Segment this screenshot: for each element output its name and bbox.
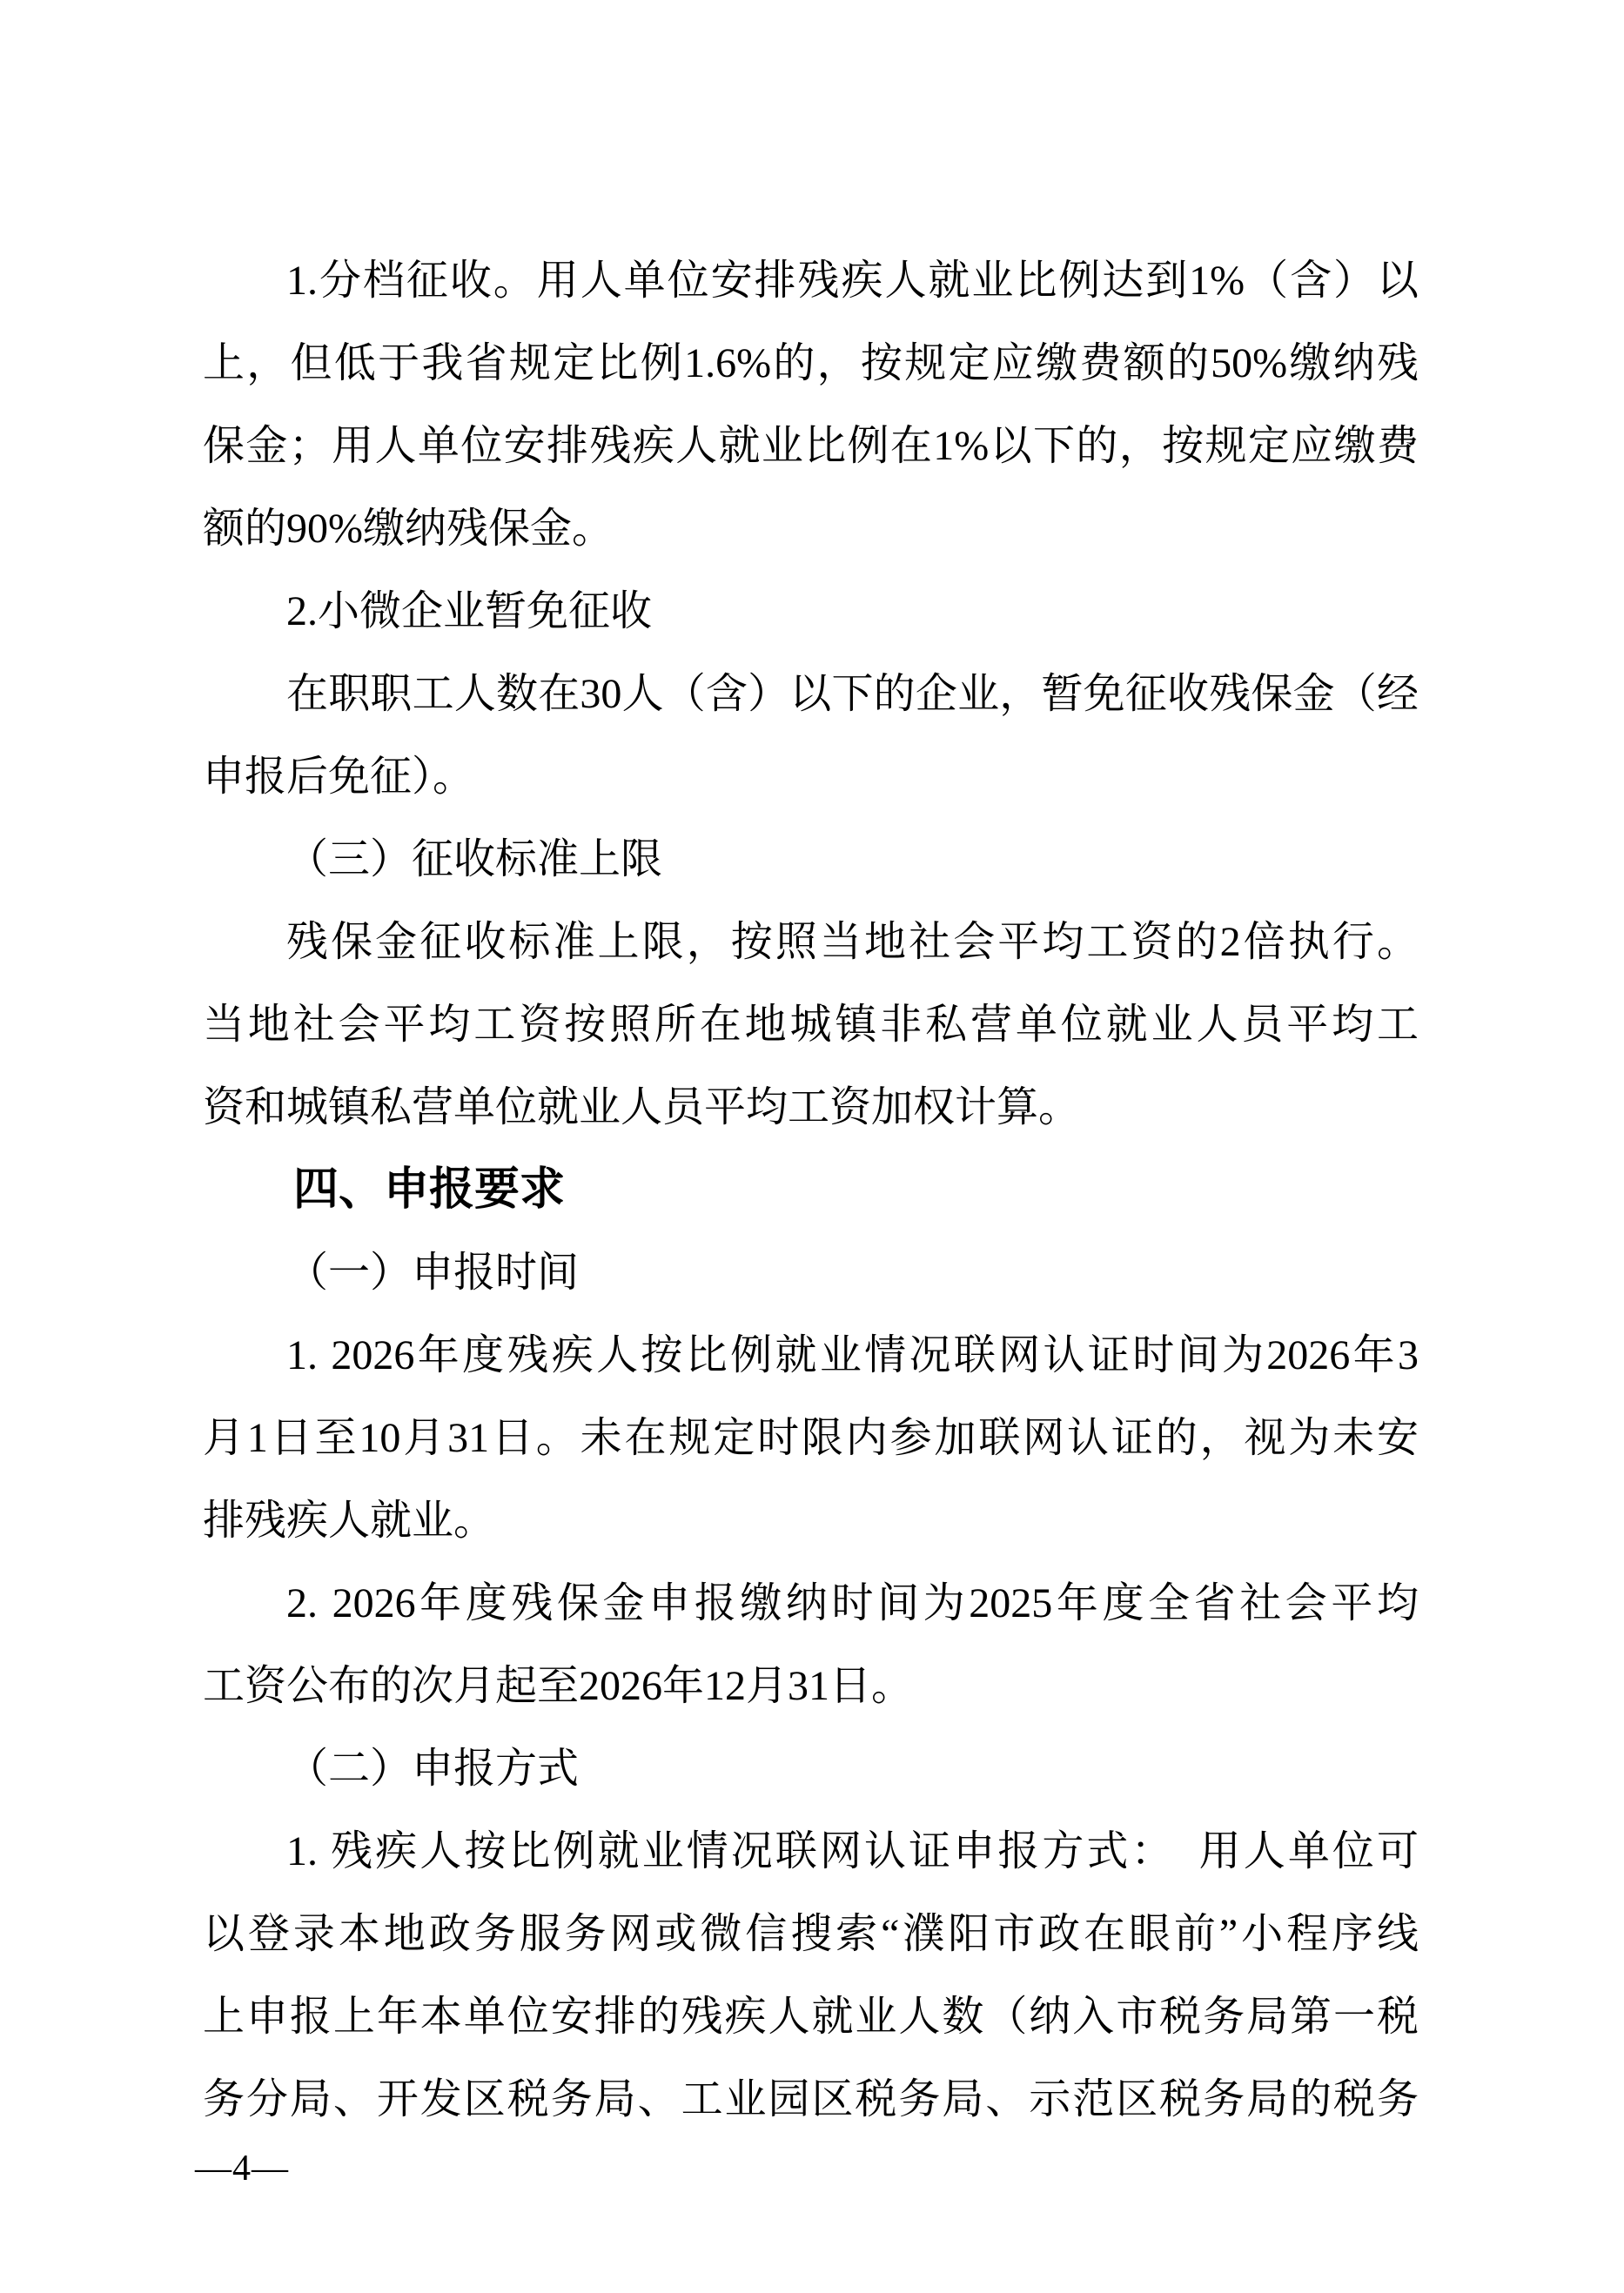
- text-line: 排残疾人就业。: [203, 1479, 1419, 1562]
- text-line: 务分局、开发区税务局、工业园区税务局、示范区税务局的税务: [203, 2058, 1419, 2141]
- text-line: 保金；用人单位安排残疾人就业比例在1%以下的，按规定应缴费: [203, 405, 1419, 487]
- page-number: —4—: [195, 2142, 289, 2195]
- text-line: 四、申报要求: [203, 1149, 1419, 1231]
- text-line: 工资公布的次月起至2026年12月31日。: [203, 1645, 1419, 1727]
- text-line: 资和城镇私营单位就业人员平均工资加权计算。: [203, 1066, 1419, 1149]
- text-line: 上，但低于我省规定比例1.6%的，按规定应缴费额的50%缴纳残: [203, 322, 1419, 405]
- text-line: 额的90%缴纳残保金。: [203, 487, 1419, 570]
- text-line: 残保金征收标准上限，按照当地社会平均工资的2倍执行。: [203, 901, 1419, 983]
- text-line: （三）征收标准上限: [203, 818, 1419, 901]
- text-line: 上申报上年本单位安排的残疾人就业人数（纳入市税务局第一税: [203, 1975, 1419, 2058]
- text-line: 1. 残疾人按比例就业情况联网认证申报方式： 用人单位可: [203, 1810, 1419, 1893]
- text-line: 在职职工人数在30人（含）以下的企业，暂免征收残保金（经: [203, 653, 1419, 735]
- text-line: 1.分档征收。用人单位安排残疾人就业比例达到1%（含）以: [203, 239, 1419, 322]
- text-line: 2.小微企业暂免征收: [203, 570, 1419, 653]
- text-line: 1. 2026年度残疾人按比例就业情况联网认证时间为2026年3: [203, 1314, 1419, 1397]
- text-line: 月1日至10月31日。未在规定时限内参加联网认证的，视为未安: [203, 1397, 1419, 1479]
- text-line: 申报后免征）。: [203, 735, 1419, 818]
- text-line: 以登录本地政务服务网或微信搜索“濮阳市政在眼前”小程序线: [203, 1893, 1419, 1975]
- text-line: 当地社会平均工资按照所在地城镇非私营单位就业人员平均工: [203, 983, 1419, 1066]
- text-line: （一）申报时间: [203, 1231, 1419, 1314]
- text-block: 1.分档征收。用人单位安排残疾人就业比例达到1%（含）以上，但低于我省规定比例1…: [203, 239, 1419, 2141]
- document-page: 1.分档征收。用人单位安排残疾人就业比例达到1%（含）以上，但低于我省规定比例1…: [0, 0, 1624, 2293]
- text-line: （二）申报方式: [203, 1727, 1419, 1810]
- text-line: 2. 2026年度残保金申报缴纳时间为2025年度全省社会平均: [203, 1562, 1419, 1645]
